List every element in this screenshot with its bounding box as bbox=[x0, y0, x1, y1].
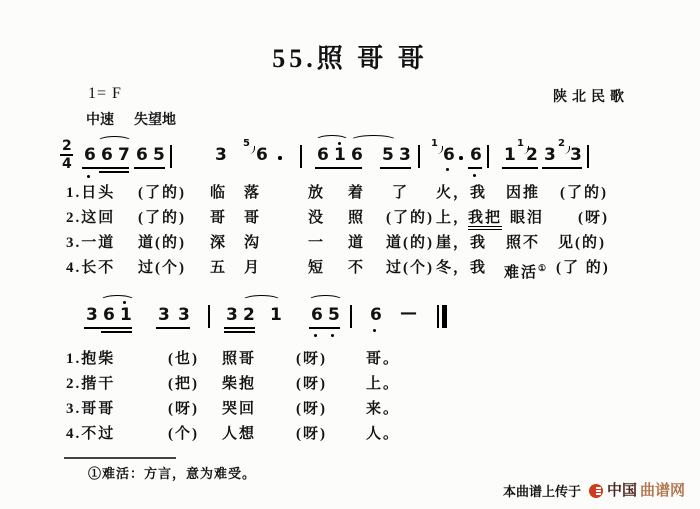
beam-line bbox=[224, 331, 255, 333]
song-title: 55.照 哥 哥 bbox=[0, 44, 700, 74]
lyric-cell: 五 bbox=[210, 259, 227, 278]
lyric-cell: 见(的) bbox=[558, 234, 606, 253]
low-octave-dot bbox=[331, 334, 334, 337]
lyric-cell: 崖， bbox=[436, 234, 470, 253]
logo-lines bbox=[596, 487, 601, 489]
note: 3 bbox=[86, 305, 98, 325]
note: 6 bbox=[103, 305, 115, 325]
lyric-cell: 深 bbox=[210, 234, 227, 253]
lyric-cell: 短 bbox=[308, 259, 325, 278]
note: 7 bbox=[118, 145, 130, 165]
lyric-cell: 4.长不 bbox=[66, 259, 115, 278]
lyric-cell: 上。 bbox=[366, 375, 400, 394]
augmentation-dot bbox=[459, 156, 463, 160]
lyric-cell: 来。 bbox=[366, 400, 400, 419]
lyric-cell: 临 bbox=[210, 184, 227, 203]
beam-line bbox=[156, 327, 190, 329]
low-octave-dot bbox=[473, 174, 476, 177]
footnote-divider bbox=[64, 457, 176, 459]
lyric-cell: (个) bbox=[168, 425, 199, 444]
lyric-cell: 人。 bbox=[366, 425, 400, 444]
note: 2 bbox=[243, 305, 255, 325]
low-octave-dot bbox=[87, 175, 90, 178]
lyric-cell: 道 bbox=[348, 234, 365, 253]
footnote-text: ①难活：方言，意为难受。 bbox=[88, 465, 256, 482]
slur bbox=[350, 135, 397, 146]
lyric-cell: 没 bbox=[308, 209, 325, 228]
note: 6 bbox=[311, 305, 323, 325]
lyric-cell: 哥 bbox=[210, 209, 227, 228]
lyric-cell: (也) bbox=[168, 350, 199, 369]
lyric-cell: 月 bbox=[244, 259, 261, 278]
lyric-cell-emphasized: 我把 bbox=[468, 209, 502, 228]
final-barline-thick bbox=[442, 305, 447, 328]
lyric-cell: 我 bbox=[470, 234, 487, 253]
beam-line bbox=[502, 167, 538, 169]
beam-line bbox=[380, 167, 411, 169]
final-barline-thin bbox=[437, 305, 439, 328]
lyric-cell: 放 bbox=[308, 184, 325, 203]
barline bbox=[300, 145, 302, 168]
lyric-cell: 哭回 bbox=[222, 400, 256, 419]
lyric-cell: 道(的) bbox=[386, 234, 434, 253]
lyric-cell: 我 bbox=[470, 259, 487, 278]
upload-note: 本曲谱上传于 bbox=[503, 484, 581, 500]
grace-hook bbox=[249, 146, 255, 154]
augmentation-dot bbox=[278, 156, 282, 160]
duration-dash: — bbox=[400, 303, 417, 323]
lyric-cell: 上， bbox=[436, 209, 470, 228]
lyric-cell: 人想 bbox=[222, 425, 256, 444]
lyric-cell: (了的) bbox=[560, 184, 608, 203]
beam-line bbox=[315, 167, 362, 169]
note: 3 bbox=[399, 145, 411, 165]
lyric-cell: (呀) bbox=[296, 425, 327, 444]
slur bbox=[308, 295, 343, 306]
lyric-cell: 照不 bbox=[506, 234, 540, 253]
slur bbox=[97, 136, 132, 147]
note: 1 bbox=[270, 305, 282, 325]
lyric-cell: 着 bbox=[348, 184, 365, 203]
key-signature: 1= F bbox=[88, 84, 122, 104]
lyric-cell: (呀) bbox=[168, 400, 199, 419]
lyric-cell: (呀) bbox=[296, 375, 327, 394]
lyric-cell: 眼泪 bbox=[510, 209, 544, 228]
lyric-cell: (呀) bbox=[578, 209, 609, 228]
site-name-part1: 中国 bbox=[607, 482, 637, 500]
beam-line bbox=[82, 167, 129, 169]
lyric-cell: 哥 bbox=[244, 209, 261, 228]
note: 6 bbox=[443, 145, 455, 165]
note: 5 bbox=[382, 145, 394, 165]
site-logo-icon bbox=[589, 484, 603, 498]
low-octave-dot bbox=[314, 334, 317, 337]
note: 5 bbox=[328, 305, 340, 325]
lyric-cell: 照哥 bbox=[222, 350, 256, 369]
note: 6 bbox=[84, 145, 96, 165]
time-signature-numerator: 2 bbox=[62, 139, 72, 154]
barline bbox=[170, 145, 172, 168]
time-signature-denominator: 4 bbox=[62, 157, 72, 172]
beam-line bbox=[468, 167, 482, 169]
lyric-cell: (了的) bbox=[138, 184, 186, 203]
lyric-cell: 了 bbox=[392, 184, 409, 203]
lyric-cell: 沟 bbox=[244, 234, 261, 253]
lyric-cell: 4.不过 bbox=[66, 425, 115, 444]
note: 1 bbox=[120, 305, 132, 325]
lyric-cell: 冬， bbox=[436, 259, 470, 278]
low-octave-dot bbox=[446, 168, 449, 171]
tempo-marking: 中速 bbox=[86, 110, 114, 128]
lyric-cell: 不 bbox=[348, 259, 365, 278]
lyric-cell: 2.揩干 bbox=[66, 375, 115, 394]
barline bbox=[350, 305, 352, 328]
slur bbox=[242, 295, 281, 306]
site-name-part2: 曲谱网 bbox=[640, 482, 685, 500]
lyric-cell: 过(个) bbox=[386, 259, 434, 278]
barline bbox=[208, 305, 210, 328]
note: 3 bbox=[178, 305, 190, 325]
lyric-cell: 火， bbox=[436, 184, 470, 203]
slur bbox=[315, 135, 349, 146]
lyric-cell: 哥。 bbox=[366, 350, 400, 369]
barline bbox=[487, 145, 489, 168]
note: 6 bbox=[351, 145, 363, 165]
low-octave-dot bbox=[373, 329, 376, 332]
lyric-cell: 照 bbox=[348, 209, 365, 228]
beam-line bbox=[224, 327, 255, 329]
lyric-cell: 我 bbox=[470, 184, 487, 203]
lyric-cell: 1.日头 bbox=[66, 184, 115, 203]
note: 6 bbox=[470, 145, 482, 165]
lyric-cell: (了 的) bbox=[556, 259, 610, 278]
note: 6 bbox=[136, 145, 148, 165]
sheet-music-page: 55.照 哥 哥 1= F 中速 失望地 陕北民歌 2 4 6 6 7 6 5 … bbox=[0, 0, 700, 509]
footnote-marker: ① bbox=[538, 263, 546, 273]
lyric-cell: 1.抱柴 bbox=[66, 350, 115, 369]
emphasized-lyric: 我把 bbox=[468, 210, 502, 230]
lyric-cell: (呀) bbox=[296, 350, 327, 369]
note: 3 bbox=[570, 145, 582, 165]
slur bbox=[100, 295, 135, 306]
barline bbox=[587, 145, 589, 168]
beam-line bbox=[84, 327, 132, 329]
beam-line bbox=[309, 327, 340, 329]
lyric-cell: 柴抱 bbox=[222, 375, 256, 394]
beam-line bbox=[99, 171, 129, 173]
note: 3 bbox=[215, 145, 227, 165]
lyric-cell: (了的) bbox=[138, 209, 186, 228]
lyric-cell: (呀) bbox=[296, 400, 327, 419]
note: 1 bbox=[504, 145, 516, 165]
lyric-cell: 3.一道 bbox=[66, 234, 115, 253]
beam-line bbox=[101, 331, 132, 333]
note: 1 bbox=[334, 145, 346, 165]
note: 3 bbox=[544, 145, 556, 165]
note: 3 bbox=[226, 305, 238, 325]
lyric-cell: 2.这回 bbox=[66, 209, 115, 228]
song-source: 陕北民歌 bbox=[553, 89, 629, 107]
note: 6 bbox=[317, 145, 329, 165]
note: 6 bbox=[370, 305, 382, 325]
lyric-cell: (把) bbox=[168, 375, 199, 394]
lyric-cell: (了的) bbox=[386, 209, 434, 228]
note: 3 bbox=[158, 305, 170, 325]
beam-line bbox=[542, 167, 582, 169]
beam-line bbox=[134, 167, 165, 169]
lyric-text: 难活 bbox=[504, 265, 538, 281]
lyric-cell-with-footnote: 难活① bbox=[504, 259, 546, 283]
lyric-cell: 道(的) bbox=[138, 234, 186, 253]
lyric-cell: 因推 bbox=[506, 184, 540, 203]
lyric-cell: 过(个) bbox=[138, 259, 186, 278]
note: 6 bbox=[101, 145, 113, 165]
note: 6 bbox=[256, 145, 268, 165]
expression-marking: 失望地 bbox=[134, 110, 176, 128]
barline bbox=[418, 145, 420, 168]
lyric-cell: 3.哥哥 bbox=[66, 400, 115, 419]
lyric-cell: 落 bbox=[244, 184, 261, 203]
note: 5 bbox=[153, 145, 165, 165]
lyric-cell: 一 bbox=[308, 234, 325, 253]
